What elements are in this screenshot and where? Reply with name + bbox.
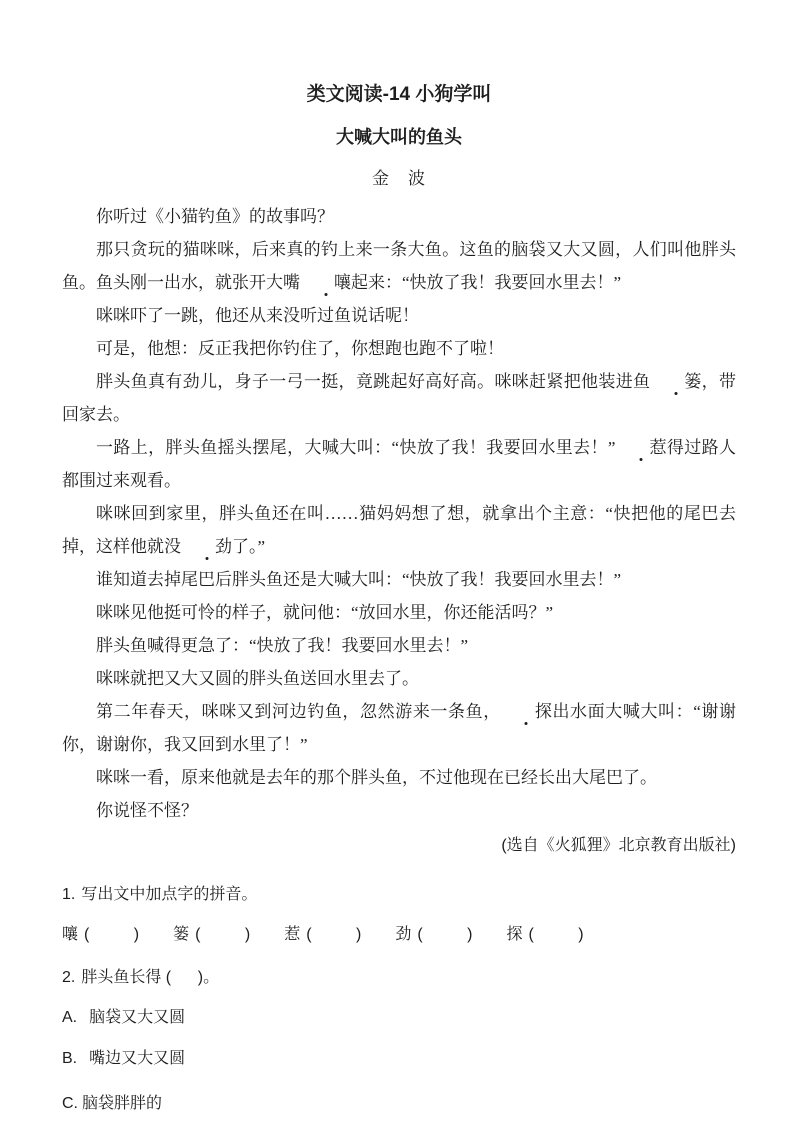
paragraph-text: 可是，他想：反正我把你钓住了，你想跑也跑不了啦！: [96, 339, 504, 358]
article-paragraph: 咪咪一看，原来他就是去年的那个胖头鱼，不过他现在已经长出大尾巴了。: [62, 761, 736, 794]
question-2-text: 胖头鱼长得 ( )。: [81, 969, 219, 986]
article-paragraph: 第二年春天，咪咪又到河边钓鱼，忽然游来一条鱼，探出水面大喊大叫：“谢谢你，谢谢你…: [62, 695, 736, 761]
option-b: B.嘴边又大又圆: [62, 1049, 736, 1069]
article-paragraph: 胖头鱼喊得更急了：“快放了我！我要回水里去！”: [62, 629, 736, 662]
article-paragraph: 咪咪回到家里，胖头鱼还在叫……猫妈妈想了想，就拿出个主意：“快把他的尾巴去掉，这…: [62, 497, 736, 563]
question-2: 2.胖头鱼长得 ( )。: [62, 968, 736, 988]
option-b-label: B.: [62, 1050, 77, 1067]
paragraph-text: 一路上，胖头鱼摇头摆尾，大喊大叫：“快放了我！我要回水里去！”: [96, 438, 615, 457]
pinyin-char: 惹: [284, 926, 300, 943]
paragraph-text: 咪咪一看，原来他就是去年的那个胖头鱼，不过他现在已经长出大尾巴了。: [96, 768, 657, 787]
paragraph-text: 咪咪吓了一跳，他还从来没听过鱼说话呢！: [96, 306, 419, 325]
paragraph-text: 了。”: [232, 537, 265, 556]
paragraph-text: 起来：“快放了我！我要回水里去！”: [351, 273, 621, 292]
question-2-number: 2.: [62, 969, 75, 986]
article-paragraph: 那只贪玩的猫咪咪，后来真的钓上来一条大鱼。这鱼的脑袋又大又圆，人们叫他胖头鱼。鱼…: [62, 233, 736, 299]
paragraph-text: 咪咪见他挺可怜的样子，就问他：“放回水里，你还能活吗？”: [96, 603, 553, 622]
pinyin-item: 劲( ): [395, 925, 472, 945]
dotted-character: 嚷: [300, 266, 351, 299]
attribution: (选自《火狐狸》北京教育出版社): [62, 829, 736, 862]
question-1: 1.写出文中加点字的拼音。: [62, 885, 736, 905]
article-paragraph: 咪咪就把又大又圆的胖头鱼送回水里去了。: [62, 662, 736, 695]
pinyin-item: 惹( ): [284, 925, 361, 945]
article-paragraph: 一路上，胖头鱼摇头摆尾，大喊大叫：“快放了我！我要回水里去！”惹得过路人都围过来…: [62, 431, 736, 497]
author-name: 金 波: [62, 168, 736, 190]
option-c-text: 脑袋胖胖的: [82, 1095, 162, 1112]
document-page: 类文阅读-14 小狗学叫 大喊大叫的鱼头 金 波 你听过《小猫钓鱼》的故事吗？那…: [0, 0, 793, 1122]
pinyin-blank: ( ): [417, 926, 472, 943]
pinyin-char: 劲: [395, 926, 411, 943]
pinyin-blank: ( ): [84, 926, 139, 943]
paragraph-text: 你说怪不怪？: [96, 801, 198, 820]
article-paragraph: 你说怪不怪？: [62, 794, 736, 827]
option-a: A.脑袋又大又圆: [62, 1008, 736, 1028]
option-b-text: 嘴边又大又圆: [89, 1050, 185, 1067]
paragraph-text: 咪咪就把又大又圆的胖头鱼送回水里去了。: [96, 669, 419, 688]
pinyin-char: 嚷: [62, 926, 78, 943]
paragraph-text: 咪咪回到家里，胖头鱼还在叫……猫妈妈想了想，就拿出个主意：“快把他的尾巴去掉，这…: [62, 504, 736, 556]
paragraph-text: 胖头鱼喊得更急了：“快放了我！我要回水里去！”: [96, 636, 468, 655]
pinyin-blank: ( ): [529, 926, 584, 943]
dotted-character: 篓: [650, 365, 701, 398]
question-1-text: 写出文中加点字的拼音。: [81, 886, 257, 903]
paragraph-text: 谁知道去掉尾巴后胖头鱼还是大喊大叫：“快放了我！我要回水里去！”: [96, 570, 621, 589]
article-body: 你听过《小猫钓鱼》的故事吗？那只贪玩的猫咪咪，后来真的钓上来一条大鱼。这鱼的脑袋…: [62, 200, 736, 827]
option-a-label: A.: [62, 1009, 77, 1026]
article-paragraph: 你听过《小猫钓鱼》的故事吗？: [62, 200, 736, 233]
question-1-number: 1.: [62, 886, 75, 903]
option-a-text: 脑袋又大又圆: [89, 1009, 185, 1026]
article-paragraph: 咪咪见他挺可怜的样子，就问他：“放回水里，你还能活吗？”: [62, 596, 736, 629]
pinyin-blank: ( ): [306, 926, 361, 943]
article-paragraph: 咪咪吓了一跳，他还从来没听过鱼说话呢！: [62, 299, 736, 332]
paragraph-text: 第二年春天，咪咪又到河边钓鱼，忽然游来一条鱼，: [96, 702, 501, 721]
pinyin-item: 探( ): [507, 925, 584, 945]
pinyin-row: 嚷( ) 篓( ) 惹( ) 劲( ) 探( ): [62, 925, 736, 945]
dotted-character: 惹: [615, 431, 666, 464]
option-c: C.脑袋胖胖的: [62, 1094, 736, 1114]
paragraph-text: 你听过《小猫钓鱼》的故事吗？: [96, 207, 334, 226]
article-title: 大喊大叫的鱼头: [62, 126, 736, 148]
paragraph-text: 胖头鱼真有劲儿，身子一弓一挺，竟跳起好高好高。咪咪赶紧把他装进鱼: [96, 372, 650, 391]
pinyin-char: 篓: [173, 926, 189, 943]
pinyin-item: 篓( ): [173, 925, 250, 945]
article-paragraph: 谁知道去掉尾巴后胖头鱼还是大喊大叫：“快放了我！我要回水里去！”: [62, 563, 736, 596]
pinyin-char: 探: [507, 926, 523, 943]
document-title: 类文阅读-14 小狗学叫: [62, 84, 736, 106]
dotted-character: 探: [501, 695, 552, 728]
dotted-character: 劲: [181, 530, 232, 563]
option-c-label: C.: [62, 1095, 78, 1112]
article-paragraph: 胖头鱼真有劲儿，身子一弓一挺，竟跳起好高好高。咪咪赶紧把他装进鱼篓，带回家去。: [62, 365, 736, 431]
questions-section: 1.写出文中加点字的拼音。 嚷( ) 篓( ) 惹( ) 劲( ) 探( ) 2…: [62, 885, 736, 1114]
pinyin-item: 嚷( ): [62, 925, 139, 945]
article-paragraph: 可是，他想：反正我把你钓住了，你想跑也跑不了啦！: [62, 332, 736, 365]
pinyin-blank: ( ): [195, 926, 250, 943]
